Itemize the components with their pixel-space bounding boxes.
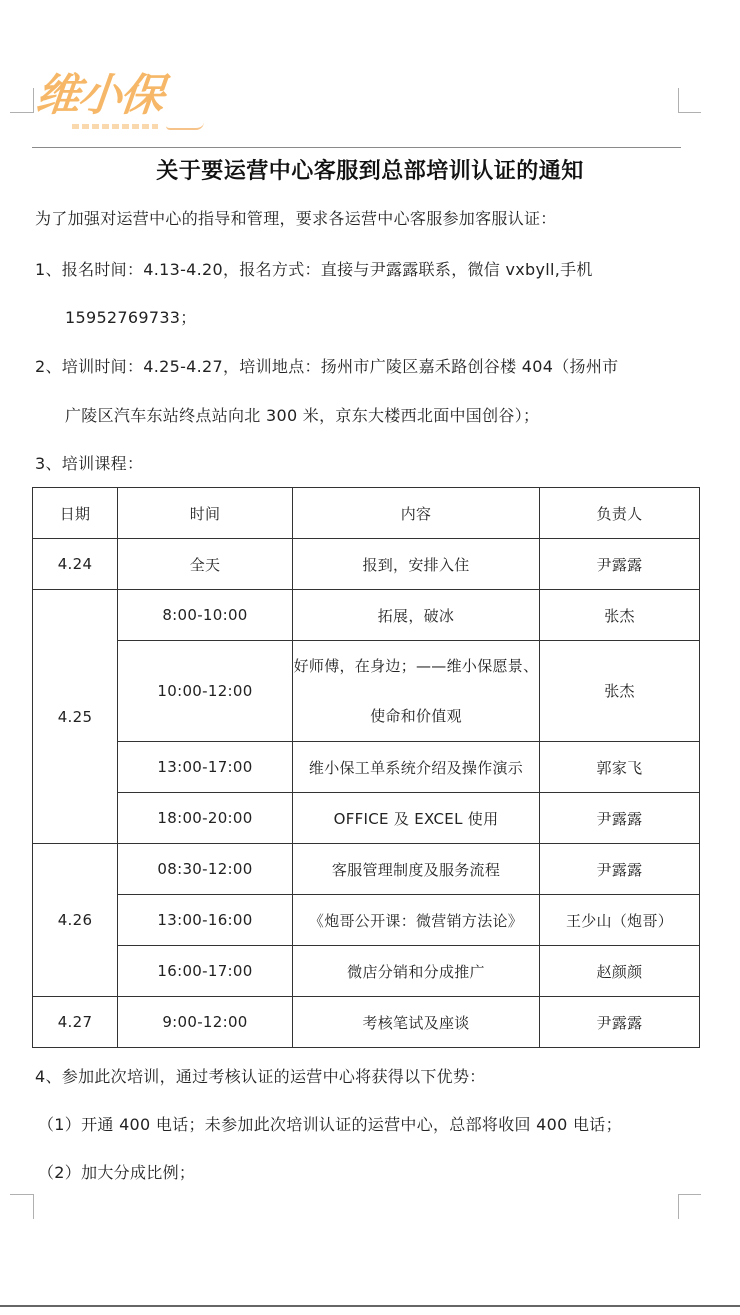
logo-tagline [72, 124, 158, 129]
cell-content: 考核笔试及座谈 [293, 997, 540, 1048]
cell-date: 4.25 [33, 590, 118, 844]
cell-content: 微店分销和分成推广 [293, 946, 540, 997]
cell-time: 08:30-12:00 [118, 844, 293, 895]
item-1-line-1: 1、报名时间：4.13-4.20，报名方式：直接与尹露露联系，微信 vxbyll… [35, 258, 593, 282]
logo-wordmark: 维小保 [33, 70, 164, 122]
cell-content: 好师傅，在身边；——维小保愿景、 使命和价值观 [293, 641, 540, 742]
document-title: 关于要运营中心客服到总部培训认证的通知 [0, 156, 740, 188]
table-row: 10:00-12:00 好师傅，在身边；——维小保愿景、 使命和价值观 张杰 [33, 641, 700, 742]
table-row: 13:00-16:00 《炮哥公开课：微营销方法论》 王少山（炮哥） [33, 895, 700, 946]
page-corner-mark-top-left [10, 88, 34, 113]
cell-time: 10:00-12:00 [118, 641, 293, 742]
training-schedule-table: 日期 时间 内容 负责人 4.24 全天 报到，安排入住 尹露露 4.25 8:… [32, 487, 700, 1048]
benefit-2: （2）加大分成比例； [38, 1161, 195, 1185]
cell-owner: 张杰 [540, 641, 700, 742]
table-row: 16:00-17:00 微店分销和分成推广 赵颜颜 [33, 946, 700, 997]
cell-time: 9:00-12:00 [118, 997, 293, 1048]
table-row: 4.26 08:30-12:00 客服管理制度及服务流程 尹露露 [33, 844, 700, 895]
page-corner-mark-bottom-left [10, 1194, 34, 1219]
cell-owner: 尹露露 [540, 997, 700, 1048]
page-corner-mark-bottom-right [678, 1194, 701, 1219]
cell-content: OFFICE 及 EXCEL 使用 [293, 793, 540, 844]
logo-swoosh-icon [166, 122, 204, 130]
cell-owner: 尹露露 [540, 539, 700, 590]
cell-content-line-2: 使命和价值观 [293, 691, 539, 741]
cell-content: 拓展，破冰 [293, 590, 540, 641]
cell-owner: 尹露露 [540, 793, 700, 844]
column-header-time: 时间 [118, 488, 293, 539]
cell-owner: 王少山（炮哥） [540, 895, 700, 946]
cell-owner: 尹露露 [540, 844, 700, 895]
table-row: 4.24 全天 报到，安排入住 尹露露 [33, 539, 700, 590]
cell-time: 16:00-17:00 [118, 946, 293, 997]
table-header-row: 日期 时间 内容 负责人 [33, 488, 700, 539]
item-2-line-1: 2、培训时间：4.25-4.27，培训地点：扬州市广陵区嘉禾路创谷楼 404（扬… [35, 355, 618, 379]
page-bottom-divider [0, 1305, 740, 1307]
item-3-heading: 3、培训课程： [35, 452, 143, 476]
benefit-1: （1）开通 400 电话；未参加此次培训认证的运营中心，总部将收回 400 电话… [38, 1113, 622, 1137]
cell-owner: 赵颜颜 [540, 946, 700, 997]
cell-date: 4.27 [33, 997, 118, 1048]
company-logo: 维小保 [36, 70, 206, 136]
item-4-heading: 4、参加此次培训，通过考核认证的运营中心将获得以下优势： [35, 1065, 486, 1089]
table-row: 18:00-20:00 OFFICE 及 EXCEL 使用 尹露露 [33, 793, 700, 844]
item-2-line-2: 广陵区汽车东站终点站向北 300 米，京东大楼西北面中国创谷）； [65, 404, 539, 428]
cell-content: 维小保工单系统介绍及操作演示 [293, 742, 540, 793]
cell-owner: 张杰 [540, 590, 700, 641]
intro-paragraph: 为了加强对运营中心的指导和管理，要求各运营中心客服参加客服认证： [35, 207, 557, 231]
cell-content: 客服管理制度及服务流程 [293, 844, 540, 895]
table-row: 4.25 8:00-10:00 拓展，破冰 张杰 [33, 590, 700, 641]
table-row: 4.27 9:00-12:00 考核笔试及座谈 尹露露 [33, 997, 700, 1048]
cell-date: 4.26 [33, 844, 118, 997]
column-header-content: 内容 [293, 488, 540, 539]
cell-time: 全天 [118, 539, 293, 590]
cell-time: 13:00-16:00 [118, 895, 293, 946]
item-1-line-2: 15952769733； [65, 306, 197, 330]
page-corner-mark-top-right [678, 88, 701, 113]
column-header-owner: 负责人 [540, 488, 700, 539]
table-row: 13:00-17:00 维小保工单系统介绍及操作演示 郭家飞 [33, 742, 700, 793]
cell-content: 报到，安排入住 [293, 539, 540, 590]
cell-time: 13:00-17:00 [118, 742, 293, 793]
cell-owner: 郭家飞 [540, 742, 700, 793]
column-header-date: 日期 [33, 488, 118, 539]
cell-content: 《炮哥公开课：微营销方法论》 [293, 895, 540, 946]
header-divider [32, 147, 681, 148]
cell-time: 8:00-10:00 [118, 590, 293, 641]
cell-time: 18:00-20:00 [118, 793, 293, 844]
cell-content-line-1: 好师傅，在身边；——维小保愿景、 [293, 641, 539, 691]
cell-date: 4.24 [33, 539, 118, 590]
